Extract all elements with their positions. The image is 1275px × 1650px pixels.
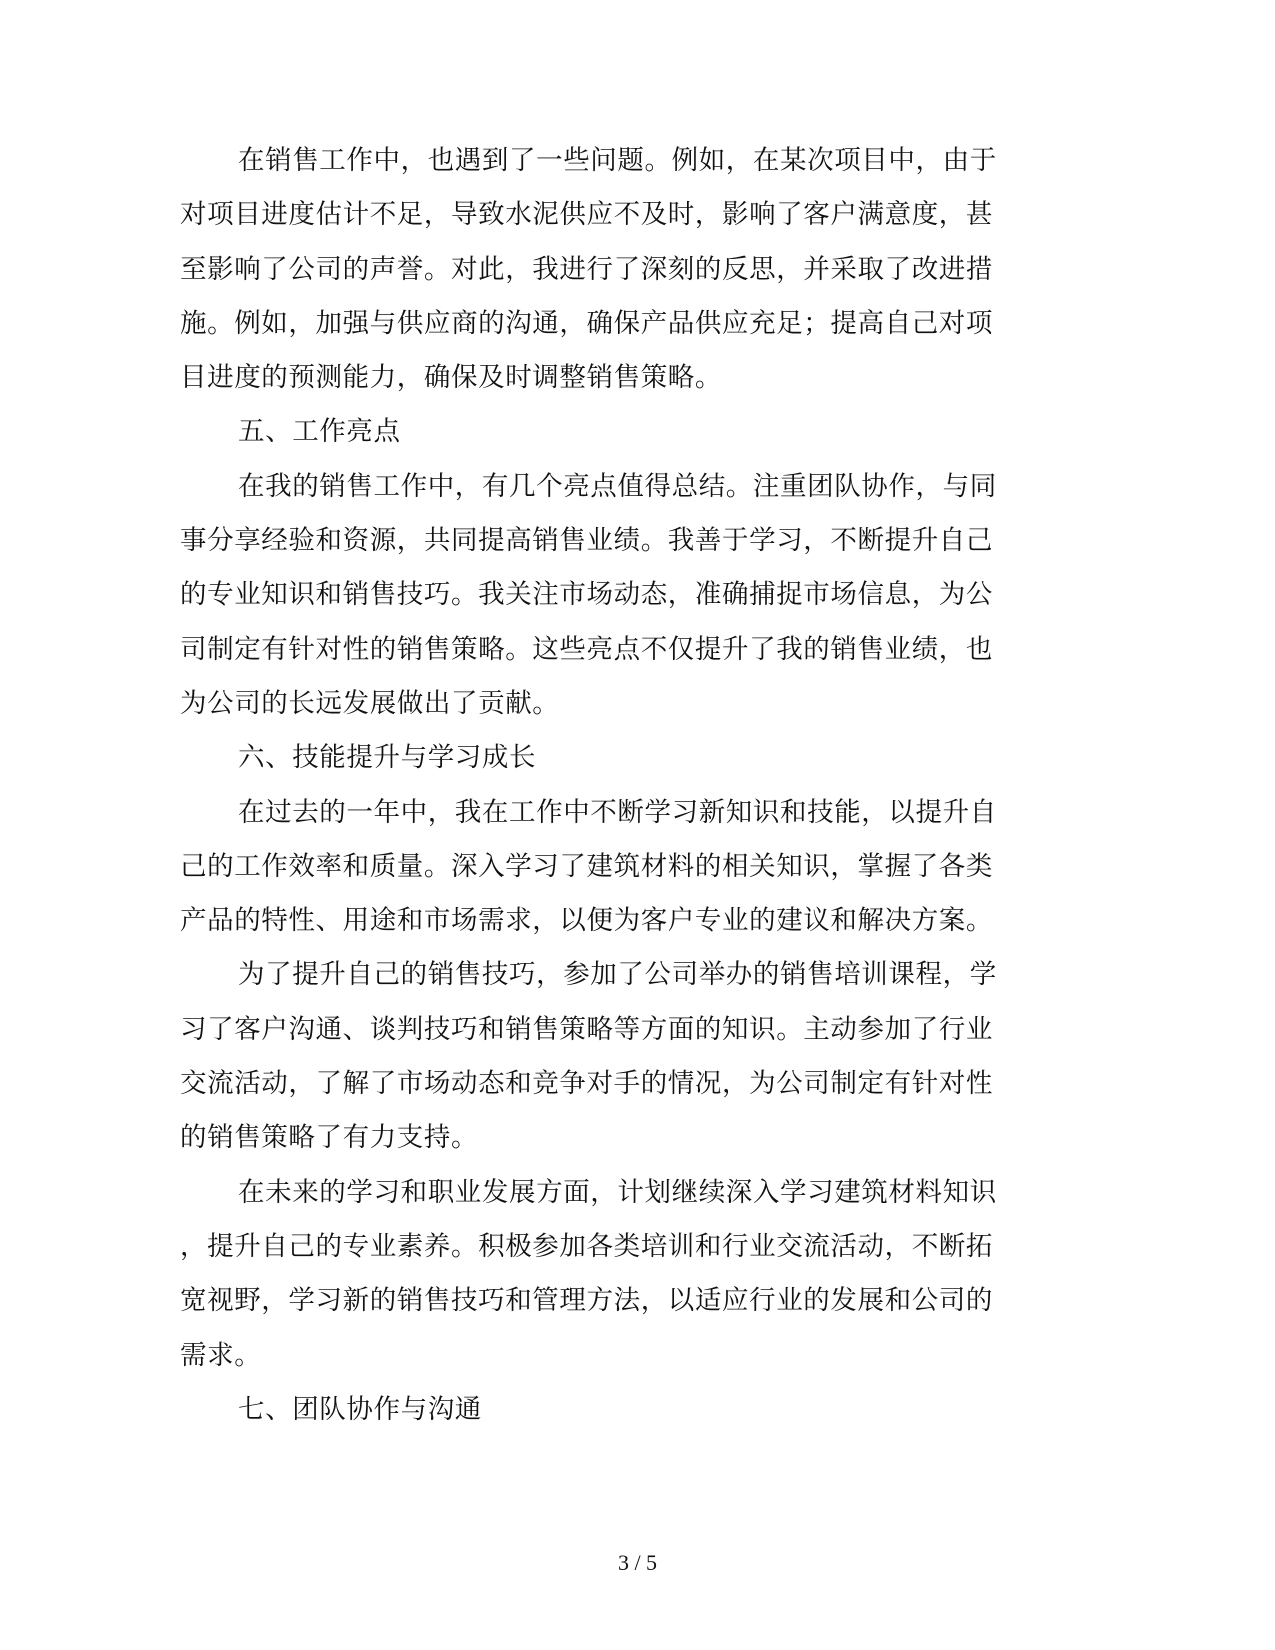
text-line: 事分享经验和资源，共同提高销售业绩。我善于学习，不断提升自己: [180, 514, 1014, 568]
text-line: 在销售工作中，也遇到了一些问题。例如，在某次项目中，由于: [180, 134, 1014, 188]
paragraph-problems: 在销售工作中，也遇到了一些问题。例如，在某次项目中，由于 对项目进度估计不足，导…: [180, 134, 1014, 405]
section-heading-skills: 六、技能提升与学习成长: [180, 731, 1014, 785]
text-line: 对项目进度估计不足，导致水泥供应不及时，影响了客户满意度，甚: [180, 188, 1014, 242]
text-line: 目进度的预测能力，确保及时调整销售策略。: [180, 351, 1014, 405]
text-line: 在未来的学习和职业发展方面，计划继续深入学习建筑材料知识: [180, 1166, 1014, 1220]
heading-text: 六、技能提升与学习成长: [180, 731, 1014, 785]
text-line: 在我的销售工作中，有几个亮点值得总结。注重团队协作，与同: [180, 460, 1014, 514]
text-line: 产品的特性、用途和市场需求，以便为客户专业的建议和解决方案。: [180, 894, 1014, 948]
section-heading-teamwork: 七、团队协作与沟通: [180, 1383, 1014, 1437]
paragraph-training: 为了提升自己的销售技巧，参加了公司举办的销售培训课程，学 习了客户沟通、谈判技巧…: [180, 948, 1014, 1165]
paragraph-learning: 在过去的一年中，我在工作中不断学习新知识和技能，以提升自 己的工作效率和质量。深…: [180, 786, 1014, 949]
text-line: 宽视野，学习新的销售技巧和管理方法，以适应行业的发展和公司的: [180, 1274, 1014, 1328]
text-line: 己的工作效率和质量。深入学习了建筑材料的相关知识，掌握了各类: [180, 840, 1014, 894]
text-line: 施。例如，加强与供应商的沟通，确保产品供应充足；提高自己对项: [180, 297, 1014, 351]
text-line: 为公司的长远发展做出了贡献。: [180, 677, 1014, 731]
section-heading-highlights: 五、工作亮点: [180, 405, 1014, 459]
document-page: 在销售工作中，也遇到了一些问题。例如，在某次项目中，由于 对项目进度估计不足，导…: [180, 134, 1014, 1437]
paragraph-highlights: 在我的销售工作中，有几个亮点值得总结。注重团队协作，与同 事分享经验和资源，共同…: [180, 460, 1014, 731]
text-line: 的销售策略了有力支持。: [180, 1111, 1014, 1165]
heading-text: 七、团队协作与沟通: [180, 1383, 1014, 1437]
page-number: 3 / 5: [0, 1550, 1275, 1576]
text-line: 交流活动，了解了市场动态和竞争对手的情况，为公司制定有针对性: [180, 1057, 1014, 1111]
text-line: 司制定有针对性的销售策略。这些亮点不仅提升了我的销售业绩，也: [180, 623, 1014, 677]
text-line: ，提升自己的专业素养。积极参加各类培训和行业交流活动，不断拓: [180, 1220, 1014, 1274]
heading-text: 五、工作亮点: [180, 405, 1014, 459]
text-line: 至影响了公司的声誉。对此，我进行了深刻的反思，并采取了改进措: [180, 243, 1014, 297]
text-line: 需求。: [180, 1329, 1014, 1383]
paragraph-future: 在未来的学习和职业发展方面，计划继续深入学习建筑材料知识 ，提升自己的专业素养。…: [180, 1166, 1014, 1383]
text-line: 为了提升自己的销售技巧，参加了公司举办的销售培训课程，学: [180, 948, 1014, 1002]
text-line: 习了客户沟通、谈判技巧和销售策略等方面的知识。主动参加了行业: [180, 1003, 1014, 1057]
text-line: 的专业知识和销售技巧。我关注市场动态，准确捕捉市场信息，为公: [180, 568, 1014, 622]
text-line: 在过去的一年中，我在工作中不断学习新知识和技能，以提升自: [180, 786, 1014, 840]
